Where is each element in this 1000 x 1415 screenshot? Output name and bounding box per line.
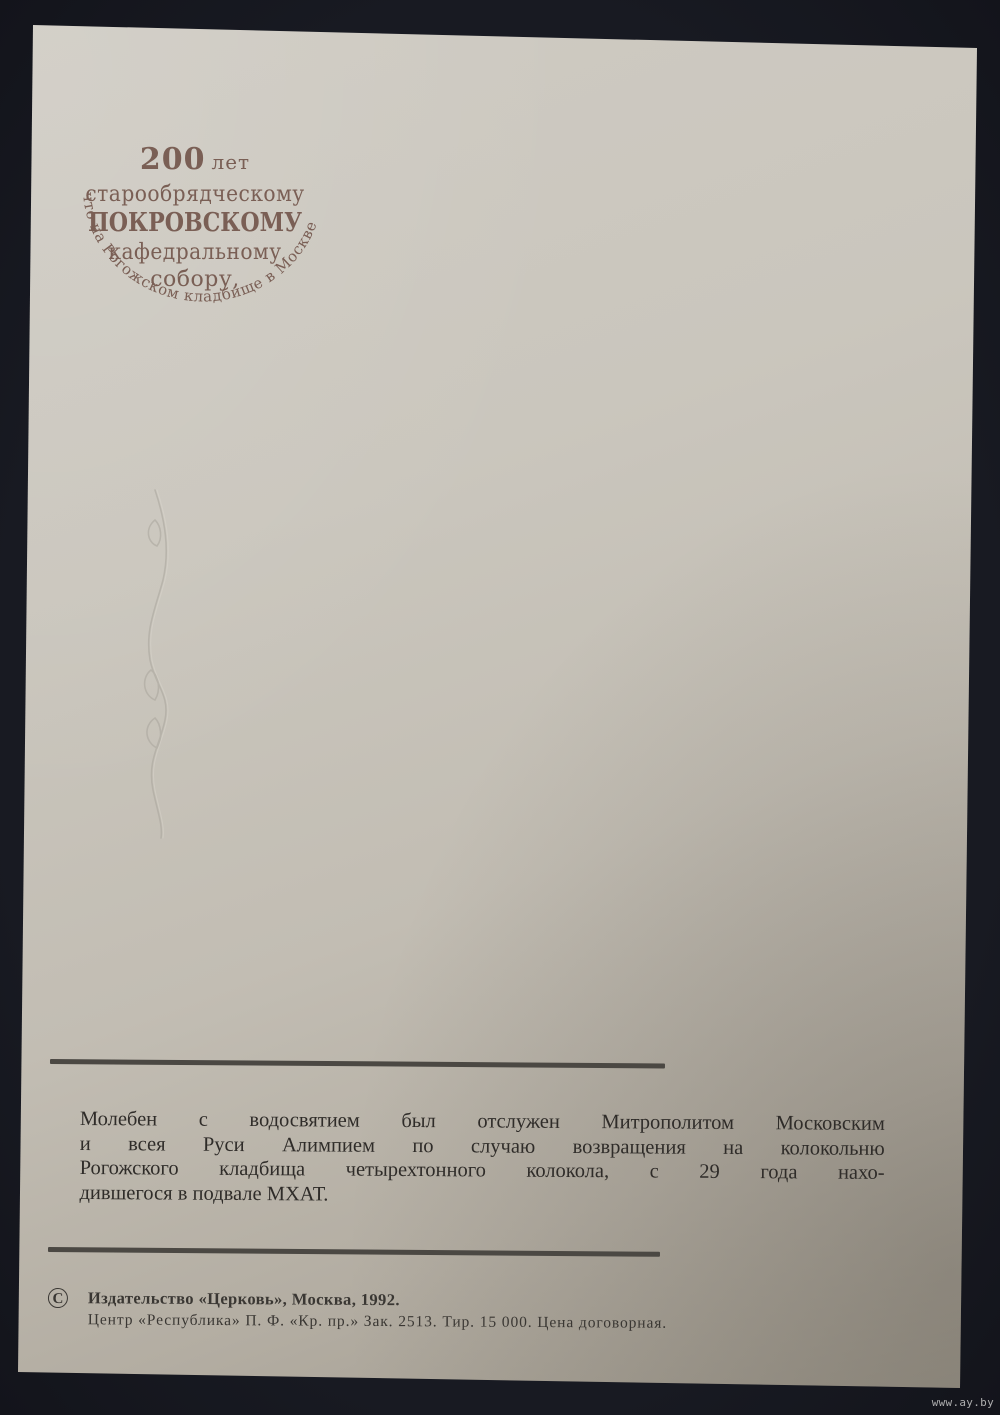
seal-arc: что на Рогожском кладбище в Москве bbox=[45, 130, 345, 330]
copyright-icon: C bbox=[48, 1288, 68, 1308]
caption-line: дившегося в подвале МХАТ. bbox=[79, 1180, 884, 1209]
anniversary-seal: 200лет старообрядческому ПОКРОВСКОМУ каф… bbox=[45, 130, 345, 330]
publisher-line: Издательство «Церковь», Москва, 1992. bbox=[88, 1288, 400, 1310]
seal-arc-text: что на Рогожском кладбище в Москве bbox=[79, 191, 321, 305]
embossed-vine-ornament-icon bbox=[125, 480, 205, 840]
caption-text: Молебен с водосвятием был отслужен Митро… bbox=[79, 1107, 885, 1210]
site-watermark: www.ay.by bbox=[932, 1396, 994, 1409]
printing-info-line: Центр «Республика» П. Ф. «Кр. пр.» Зак. … bbox=[88, 1311, 667, 1333]
